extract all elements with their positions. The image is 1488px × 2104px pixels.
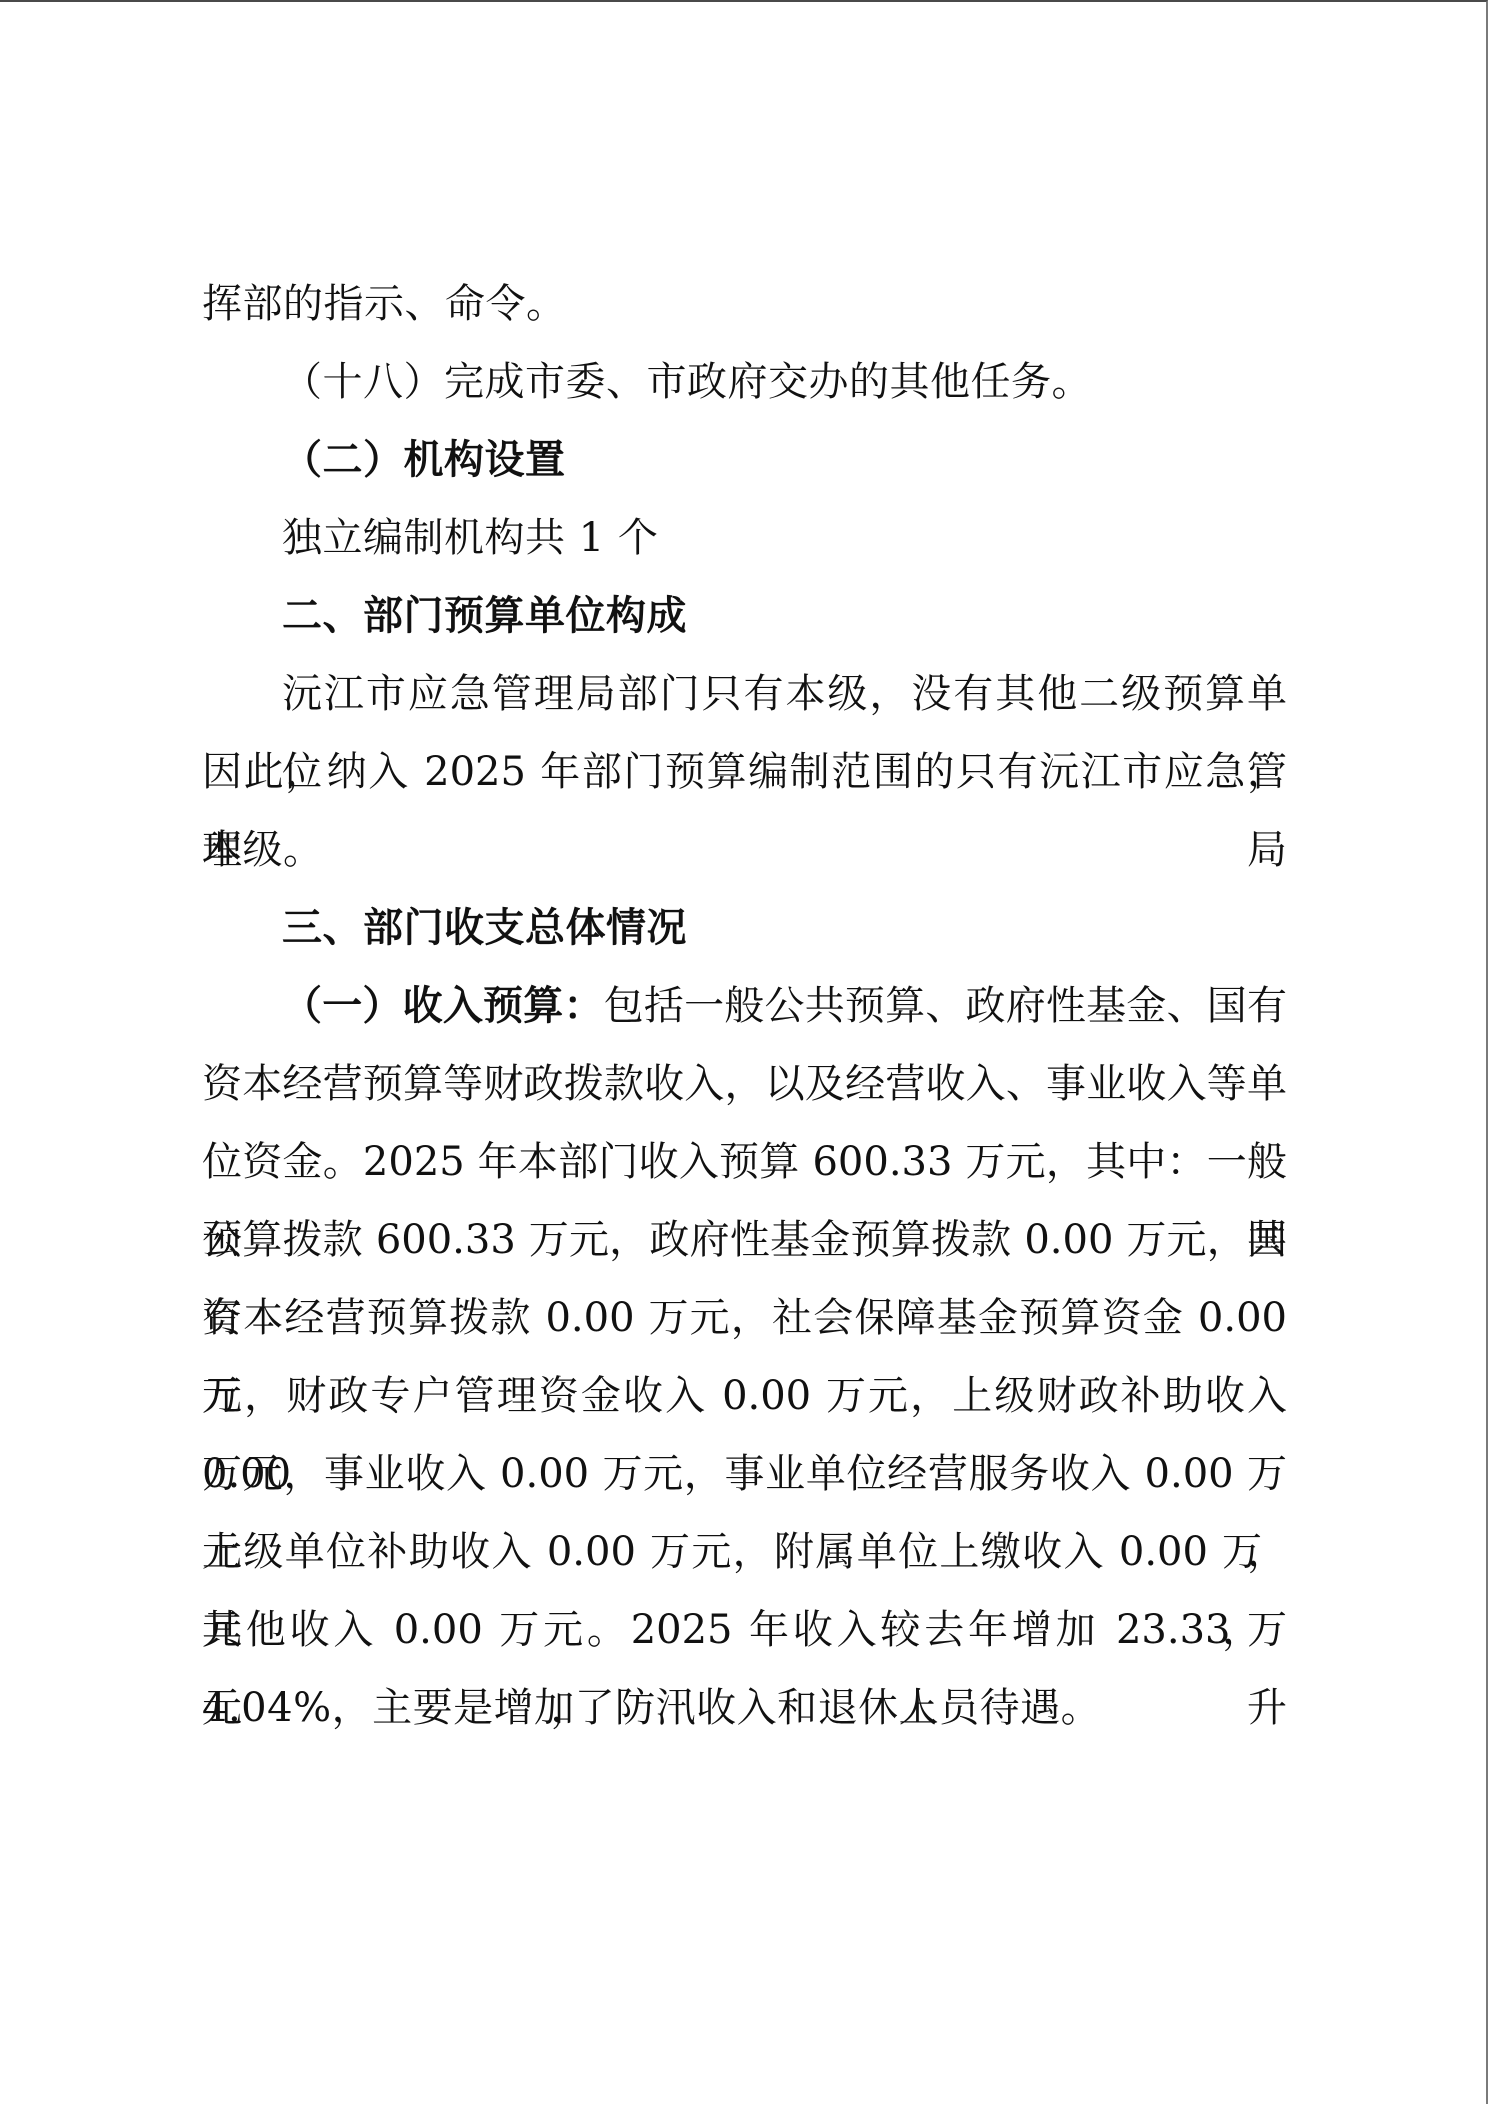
document-page: 挥部的指示、命令。 （十八）完成市委、市政府交办的其他任务。 （二）机构设置 独… bbox=[0, 0, 1488, 2104]
paragraph-budget-units-line-3: 本级。 bbox=[202, 811, 1287, 889]
paragraph-income-budget-line-10: 4.04%，主要是增加了防汛收入和退休人员待遇。 bbox=[202, 1669, 1287, 1747]
paragraph-income-budget-line-7: 万元，事业收入 0.00 万元，事业单位经营服务收入 0.00 万元， bbox=[202, 1435, 1287, 1513]
paragraph-income-budget-line-1: （一）收入预算：包括一般公共预算、政府性基金、国有 bbox=[282, 967, 1287, 1045]
subheading-income-budget: （一）收入预算： bbox=[282, 983, 604, 1029]
section-heading-income-expenditure: 三、部门收支总体情况 bbox=[282, 889, 1287, 967]
paragraph-continuation: 挥部的指示、命令。 bbox=[202, 265, 1287, 343]
paragraph-income-budget-line-8: 上级单位补助收入 0.00 万元，附属单位上缴收入 0.00 万元， bbox=[202, 1513, 1262, 1591]
list-item-18: （十八）完成市委、市政府交办的其他任务。 bbox=[282, 343, 1287, 421]
paragraph-income-budget-line-4: 预算拨款 600.33 万元，政府性基金预算拨款 0.00 万元，国有 bbox=[202, 1201, 1287, 1279]
paragraph-income-budget-line-6: 元，财政专户管理资金收入 0.00 万元，上级财政补助收入 0.00 bbox=[202, 1357, 1287, 1435]
paragraph-budget-units-line-2: 因此，纳入 2025 年部门预算编制范围的只有沅江市应急管理局 bbox=[202, 733, 1287, 811]
paragraph-income-budget-line-2: 资本经营预算等财政拨款收入，以及经营收入、事业收入等单 bbox=[202, 1045, 1287, 1123]
paragraph-text: 包括一般公共预算、政府性基金、国有 bbox=[604, 983, 1287, 1029]
paragraph-income-budget-line-9: 其他收入 0.00 万元。2025 年收入较去年增加 23.33 万元，上升 bbox=[202, 1591, 1287, 1669]
paragraph-income-budget-line-5: 资本经营预算拨款 0.00 万元，社会保障基金预算资金 0.00 万 bbox=[202, 1279, 1287, 1357]
paragraph-budget-units-line-1: 沅江市应急管理局部门只有本级，没有其他二级预算单位， bbox=[282, 655, 1287, 733]
paragraph-institution-count: 独立编制机构共 1 个 bbox=[282, 499, 1287, 577]
section-heading-budget-units: 二、部门预算单位构成 bbox=[282, 577, 1287, 655]
section-heading-institution-setup: （二）机构设置 bbox=[282, 421, 1287, 499]
paragraph-income-budget-line-3: 位资金。2025 年本部门收入预算 600.33 万元，其中：一般公共 bbox=[202, 1123, 1287, 1201]
